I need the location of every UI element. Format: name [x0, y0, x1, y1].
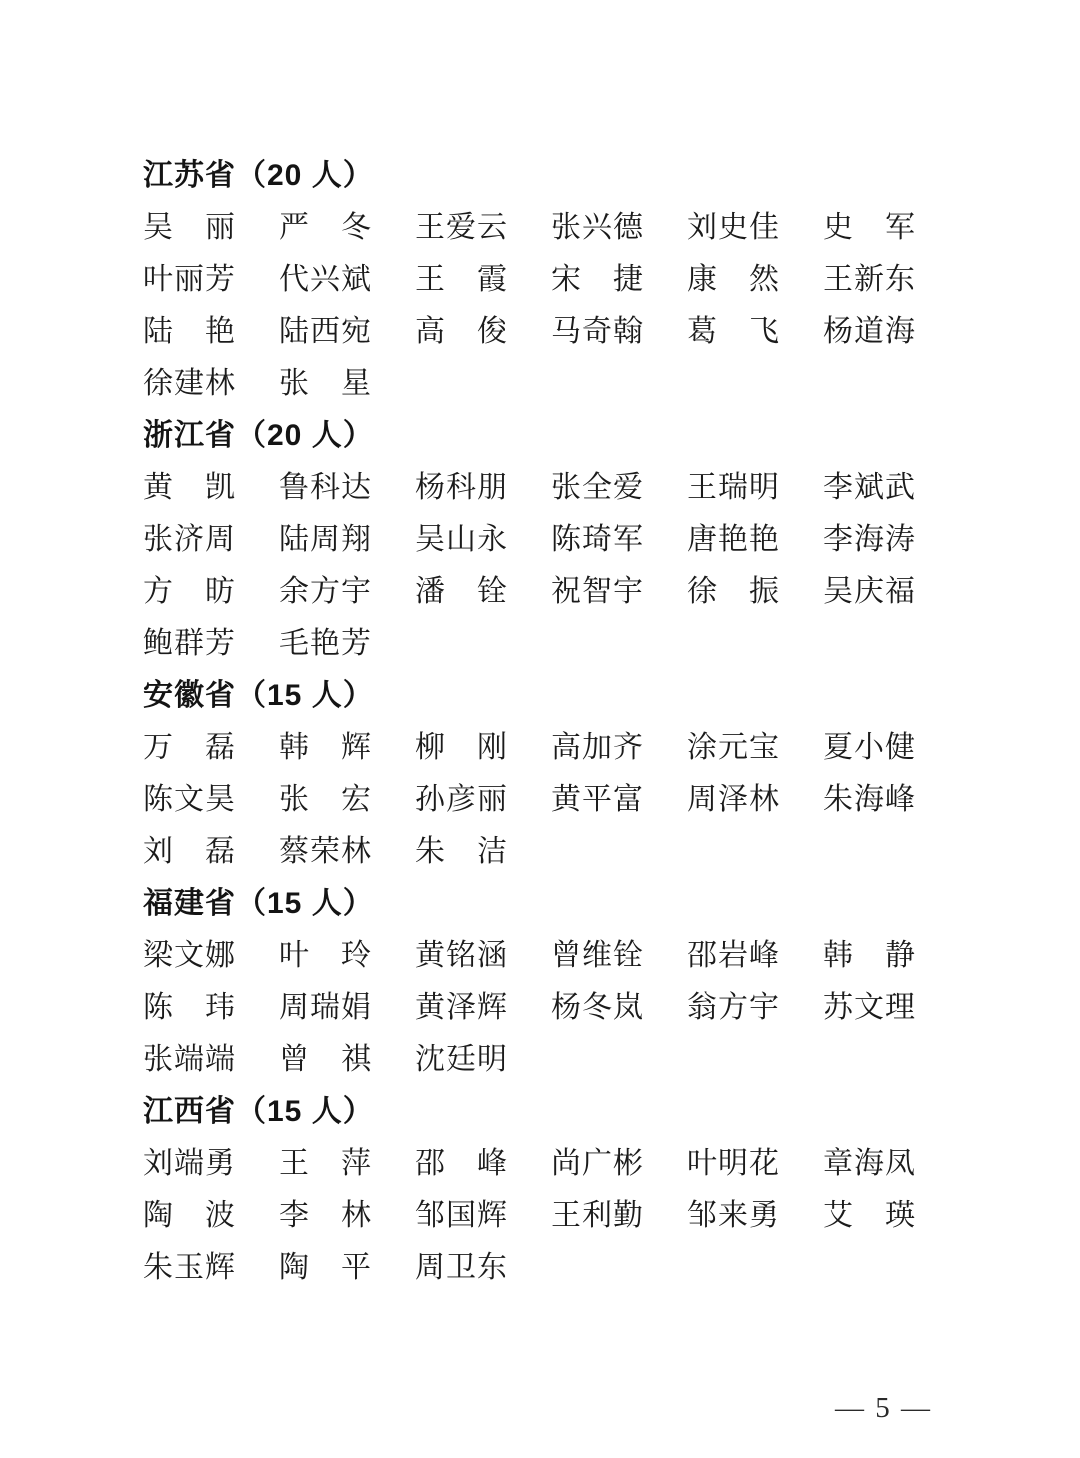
person-name: 陆西宛 — [279, 306, 371, 358]
section-fujian: 福建省（15 人） 梁文娜 叶玲 黄铭涵 曾维铨 邵岩峰 韩静 陈玮 周瑞娟 黄… — [143, 878, 943, 1086]
person-name: 徐振 — [687, 566, 779, 618]
person-name: 黄平富 — [551, 774, 643, 826]
person-name: 韩静 — [823, 930, 915, 982]
person-name: 邵岩峰 — [687, 930, 779, 982]
person-name: 王霞 — [415, 254, 507, 306]
person-name: 杨科朋 — [415, 462, 507, 514]
person-name: 涂元宝 — [687, 722, 779, 774]
person-name: 马奇翰 — [551, 306, 643, 358]
names-grid: 吴丽 严冬 王爱云 张兴德 刘史佳 史军 叶丽芳 代兴斌 王霞 宋捷 康然 王新… — [143, 202, 943, 410]
person-name: 张济周 — [143, 514, 235, 566]
person-name: 王瑞明 — [687, 462, 779, 514]
person-name: 陈文昊 — [143, 774, 235, 826]
section-heading: 江苏省（20 人） — [143, 150, 943, 202]
page-number: — 5 — — [835, 1388, 932, 1428]
section-heading: 江西省（15 人） — [143, 1086, 943, 1138]
section-heading: 浙江省（20 人） — [143, 410, 943, 462]
person-name: 毛艳芳 — [279, 618, 371, 670]
person-name: 苏文理 — [823, 982, 915, 1034]
names-grid: 黄凯 鲁科达 杨科朋 张全爱 王瑞明 李斌武 张济周 陆周翔 吴山永 陈琦军 唐… — [143, 462, 943, 670]
person-name: 周瑞娟 — [279, 982, 371, 1034]
person-name: 唐艳艳 — [687, 514, 779, 566]
person-name: 陶平 — [279, 1242, 371, 1294]
person-name: 邹国辉 — [415, 1190, 507, 1242]
person-name: 周泽林 — [687, 774, 779, 826]
person-name: 邹来勇 — [687, 1190, 779, 1242]
person-name: 康然 — [687, 254, 779, 306]
person-name: 黄泽辉 — [415, 982, 507, 1034]
person-name: 梁文娜 — [143, 930, 235, 982]
name-list-content: 江苏省（20 人） 吴丽 严冬 王爱云 张兴德 刘史佳 史军 叶丽芳 代兴斌 王… — [143, 150, 943, 1294]
person-name: 高俊 — [415, 306, 507, 358]
names-grid: 万磊 韩辉 柳刚 高加齐 涂元宝 夏小健 陈文昊 张宏 孙彦丽 黄平富 周泽林 … — [143, 722, 943, 878]
person-name: 张宏 — [279, 774, 371, 826]
person-name: 万磊 — [143, 722, 235, 774]
person-name: 吴庆福 — [823, 566, 915, 618]
person-name: 李海涛 — [823, 514, 915, 566]
person-name: 王爱云 — [415, 202, 507, 254]
person-name: 宋捷 — [551, 254, 643, 306]
person-name: 鲍群芳 — [143, 618, 235, 670]
person-name: 杨冬岚 — [551, 982, 643, 1034]
section-jiangsu: 江苏省（20 人） 吴丽 严冬 王爱云 张兴德 刘史佳 史军 叶丽芳 代兴斌 王… — [143, 150, 943, 410]
person-name: 刘磊 — [143, 826, 235, 878]
person-name: 张全爱 — [551, 462, 643, 514]
section-jiangxi: 江西省（15 人） 刘端勇 王萍 邵峰 尚广彬 叶明花 章海凤 陶波 李林 邹国… — [143, 1086, 943, 1294]
person-name: 蔡荣林 — [279, 826, 371, 878]
person-name: 叶丽芳 — [143, 254, 235, 306]
person-name: 翁方宇 — [687, 982, 779, 1034]
person-name: 陆周翔 — [279, 514, 371, 566]
person-name: 朱玉辉 — [143, 1242, 235, 1294]
person-name: 周卫东 — [415, 1242, 507, 1294]
person-name: 王利勤 — [551, 1190, 643, 1242]
person-name: 陆艳 — [143, 306, 235, 358]
person-name: 孙彦丽 — [415, 774, 507, 826]
person-name: 潘铨 — [415, 566, 507, 618]
person-name: 夏小健 — [823, 722, 915, 774]
person-name: 祝智宇 — [551, 566, 643, 618]
person-name: 王萍 — [279, 1138, 371, 1190]
person-name: 徐建林 — [143, 358, 235, 410]
person-name: 朱洁 — [415, 826, 507, 878]
person-name: 尚广彬 — [551, 1138, 643, 1190]
person-name: 叶明花 — [687, 1138, 779, 1190]
section-heading: 福建省（15 人） — [143, 878, 943, 930]
names-grid: 梁文娜 叶玲 黄铭涵 曾维铨 邵岩峰 韩静 陈玮 周瑞娟 黄泽辉 杨冬岚 翁方宇… — [143, 930, 943, 1086]
person-name: 王新东 — [823, 254, 915, 306]
person-name: 曾维铨 — [551, 930, 643, 982]
person-name: 刘端勇 — [143, 1138, 235, 1190]
person-name: 代兴斌 — [279, 254, 371, 306]
person-name: 章海凤 — [823, 1138, 915, 1190]
person-name: 叶玲 — [279, 930, 371, 982]
person-name: 方昉 — [143, 566, 235, 618]
section-zhejiang: 浙江省（20 人） 黄凯 鲁科达 杨科朋 张全爱 王瑞明 李斌武 张济周 陆周翔… — [143, 410, 943, 670]
person-name: 李林 — [279, 1190, 371, 1242]
person-name: 黄铭涵 — [415, 930, 507, 982]
person-name: 陶波 — [143, 1190, 235, 1242]
person-name: 杨道海 — [823, 306, 915, 358]
person-name: 艾瑛 — [823, 1190, 915, 1242]
section-heading: 安徽省（15 人） — [143, 670, 943, 722]
person-name: 张端端 — [143, 1034, 235, 1086]
person-name: 柳刚 — [415, 722, 507, 774]
person-name: 高加齐 — [551, 722, 643, 774]
person-name: 沈廷明 — [415, 1034, 507, 1086]
person-name: 张星 — [279, 358, 371, 410]
person-name: 严冬 — [279, 202, 371, 254]
person-name: 李斌武 — [823, 462, 915, 514]
person-name: 刘史佳 — [687, 202, 779, 254]
person-name: 陈琦军 — [551, 514, 643, 566]
person-name: 余方宇 — [279, 566, 371, 618]
person-name: 邵峰 — [415, 1138, 507, 1190]
person-name: 黄凯 — [143, 462, 235, 514]
person-name: 吴丽 — [143, 202, 235, 254]
person-name: 葛飞 — [687, 306, 779, 358]
person-name: 史军 — [823, 202, 915, 254]
person-name: 朱海峰 — [823, 774, 915, 826]
person-name: 吴山永 — [415, 514, 507, 566]
person-name: 陈玮 — [143, 982, 235, 1034]
person-name: 曾祺 — [279, 1034, 371, 1086]
document-page: 江苏省（20 人） 吴丽 严冬 王爱云 张兴德 刘史佳 史军 叶丽芳 代兴斌 王… — [0, 0, 1080, 1458]
person-name: 鲁科达 — [279, 462, 371, 514]
person-name: 张兴德 — [551, 202, 643, 254]
names-grid: 刘端勇 王萍 邵峰 尚广彬 叶明花 章海凤 陶波 李林 邹国辉 王利勤 邹来勇 … — [143, 1138, 943, 1294]
person-name: 韩辉 — [279, 722, 371, 774]
section-anhui: 安徽省（15 人） 万磊 韩辉 柳刚 高加齐 涂元宝 夏小健 陈文昊 张宏 孙彦… — [143, 670, 943, 878]
